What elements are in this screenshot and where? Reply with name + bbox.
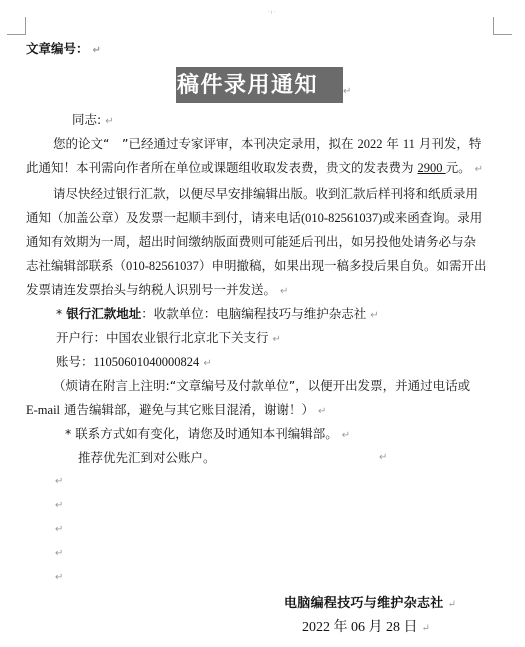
note-text: 通告编辑部，避免与其它账目混淆，谢谢！）: [60, 402, 314, 417]
empty-paragraph-mark-icon[interactable]: ↵: [55, 476, 63, 487]
document-title: 稿件录用通知: [177, 71, 318, 99]
paragraph-mark-icon: ↵: [93, 45, 101, 56]
note-line2[interactable]: E-mail 通告编辑部，避免与其它账目混淆，谢谢！）↵: [26, 402, 326, 420]
para2-text: 发票请连发票抬头与纳税人识别号一并发送。: [26, 282, 276, 297]
bank-address-line[interactable]: * 银行汇款地址：收款单位：电脑编程技巧与维护杂志社↵: [56, 306, 379, 324]
paragraph-mark-icon: ↵: [318, 406, 326, 417]
empty-paragraph-mark-icon[interactable]: ↵: [55, 500, 63, 511]
payee-label: 收款单位：: [154, 306, 217, 321]
margin-corner-mark-right: [493, 17, 512, 35]
paragraph-mark-icon: ↵: [475, 164, 483, 175]
para1-text: 月刊发，特: [415, 136, 481, 151]
para1-text: 年: [382, 136, 402, 151]
colon: ：: [141, 306, 154, 321]
date-line[interactable]: 2022 年 06 月 28 日↵: [302, 616, 430, 636]
salutation-line[interactable]: 同志:↵: [72, 112, 114, 130]
phone-number: (010-82561037): [301, 211, 382, 225]
paragraph-mark-icon: ↵: [203, 358, 211, 369]
recommend-text: 推荐优先汇到对公账户。: [78, 450, 216, 465]
empty-paragraph-mark-icon[interactable]: ↵: [55, 548, 63, 559]
para2-line3[interactable]: 通知有效期为一周，超出时间缴纳版面费则可能延后刊出，如另投他处请务必与杂: [26, 234, 476, 250]
paragraph-mark-icon: ↵: [280, 286, 288, 297]
day-unit: 日: [400, 620, 418, 635]
paragraph-mark-icon: ↵: [273, 334, 281, 345]
paragraph-mark-icon: ↵: [448, 599, 457, 610]
salutation: 同志:: [72, 112, 101, 127]
para2-text: 志社编辑部联系（: [26, 258, 126, 273]
year-unit: 年: [330, 620, 351, 635]
para2-line5[interactable]: 发票请连发票抬头与纳税人识别号一并发送。↵: [26, 282, 288, 300]
month-unit: 月: [365, 620, 386, 635]
para1-line2[interactable]: 此通知！本刊需向作者所在单位或课题组收取发表费，贵文的发表费为 2900 元。↵: [26, 160, 483, 178]
asterisk-bullet-icon: *: [65, 426, 71, 441]
bank-address-label: 银行汇款地址: [66, 306, 141, 321]
asterisk-bullet-icon: *: [56, 306, 62, 321]
account-number: 11050601040000824: [94, 355, 200, 369]
payee-name: 电脑编程技巧与维护杂志社: [216, 306, 366, 321]
para1-text: 此通知！本刊需向作者所在单位或课题组收取发表费，贵文的发表费为: [26, 160, 417, 175]
publish-month: 11: [403, 137, 415, 151]
publication-fee: 2900: [417, 161, 445, 175]
para1-line1[interactable]: 您的论文“ ”已经通过专家评审，本刊决定录用，拟在 2022 年 11 月刊发，…: [53, 136, 481, 152]
paragraph-mark-icon: ↵: [422, 623, 430, 634]
publish-year: 2022: [357, 137, 382, 151]
para2-line1[interactable]: 请尽快经过银行汇款，以便尽早安排编辑出版。收到汇款后样刊将和纸质录用: [53, 186, 478, 202]
date-year: 2022: [302, 620, 330, 635]
contact-notice-line[interactable]: * 联系方式如有变化，请您及时通知本刊编辑部。↵: [65, 426, 350, 444]
email-text: E-mail: [26, 403, 60, 417]
account-line[interactable]: 账号：11050601040000824↵: [56, 354, 212, 372]
signature-line[interactable]: 电脑编程技巧与维护杂志社↵: [284, 592, 456, 611]
empty-paragraph-mark-icon[interactable]: ↵: [55, 524, 63, 535]
para1-text: 元。: [446, 160, 471, 175]
article-number-label: 文章编号：: [26, 41, 89, 56]
para2-line2[interactable]: 通知（加盖公章）及发票一起顺丰到付，请来电话(010-82561037)或来函查…: [26, 210, 482, 226]
publisher-signature: 电脑编程技巧与维护杂志社: [284, 596, 444, 611]
para2-text: 或来函查询。录用: [382, 210, 482, 225]
date-month: 06: [351, 620, 365, 635]
article-number-line[interactable]: 文章编号：↵: [26, 41, 101, 59]
para2-line4[interactable]: 志社编辑部联系（010-82561037）申明撤稿，如果出现一稿多投后果自负。如…: [26, 258, 486, 274]
paragraph-mark-icon: ↵: [379, 452, 387, 463]
paragraph-mark-icon: ↵: [343, 86, 351, 97]
document-page[interactable]: ·ı· 文章编号：↵ 稿件录用通知 ↵ 同志:↵ 您的论文“ ”已经通过专家评审…: [0, 0, 525, 647]
header-marker: ·ı·: [268, 9, 276, 16]
contact-notice-text: 联系方式如有变化，请您及时通知本刊编辑部。: [75, 426, 338, 441]
date-day: 28: [386, 620, 400, 635]
para1-text: 您的论文“ ”已经通过专家评审，本刊决定录用，拟在: [53, 136, 357, 151]
paragraph-mark-icon: ↵: [370, 310, 378, 321]
recommend-line[interactable]: 推荐优先汇到对公账户。: [78, 450, 216, 466]
bank-label: 开户行：: [56, 330, 106, 345]
bank-name: 中国农业银行北京北下关支行: [106, 330, 269, 345]
paragraph-mark-icon: ↵: [342, 430, 350, 441]
para2-text: 通知（加盖公章）及发票一起顺丰到付，请来电话: [26, 210, 301, 225]
account-label: 账号：: [56, 354, 94, 369]
bank-name-line[interactable]: 开户行：中国农业银行北京北下关支行↵: [56, 330, 281, 348]
para2-text: ）申明撤稿，如果出现一稿多投后果自负。如需开出: [199, 258, 487, 273]
phone-number: 010-82561037: [126, 259, 199, 273]
note-line1[interactable]: （烦请在附言上注明:“文章编号及付款单位”，以便开出发票，并通过电话或: [53, 378, 470, 394]
paragraph-mark-icon: ↵: [105, 116, 113, 127]
margin-corner-mark-left: [7, 17, 26, 35]
empty-paragraph-mark-icon[interactable]: ↵: [55, 572, 63, 583]
